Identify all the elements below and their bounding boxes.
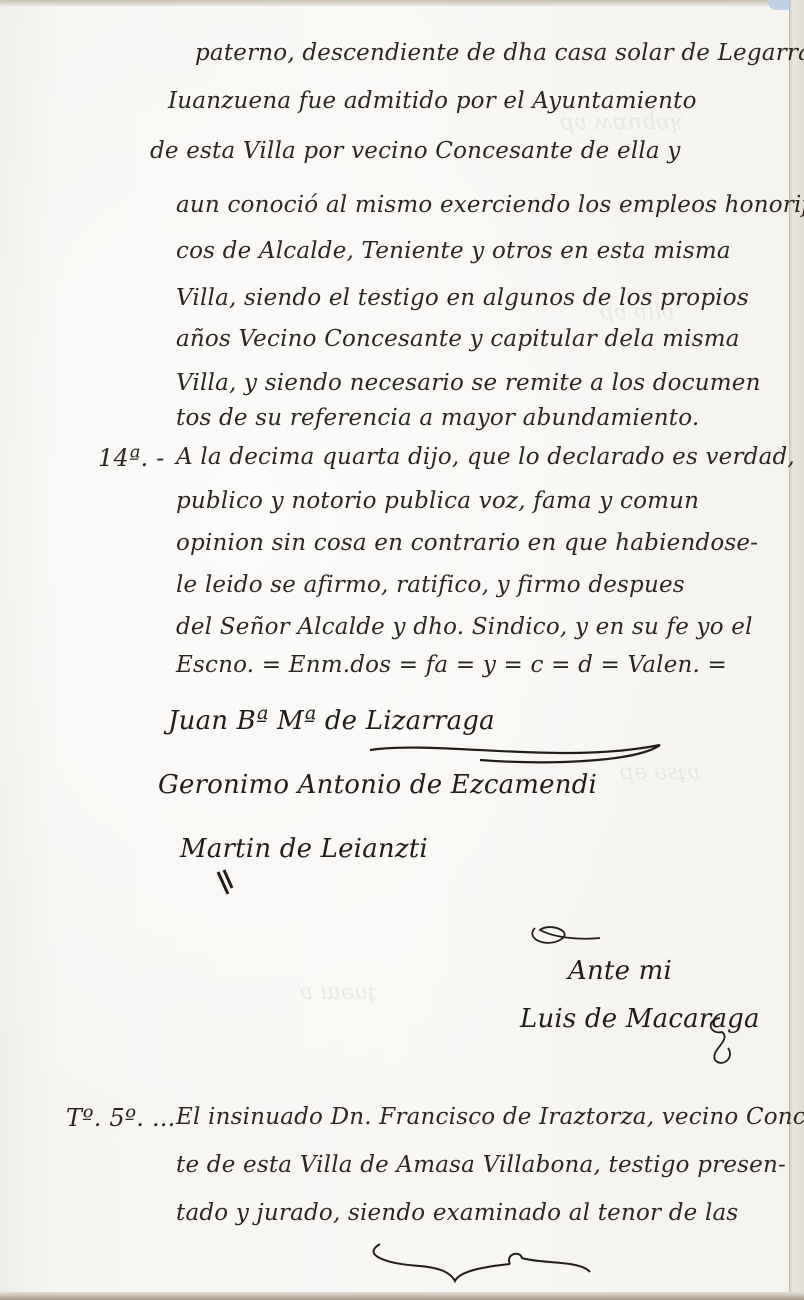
ante-mi-label: Ante mi xyxy=(568,956,672,986)
signature-flourish-icon xyxy=(360,730,680,770)
margin-label-testigo-5: Tº. 5º. ... xyxy=(66,1104,175,1132)
signature-leianzti: Martin de Leianzti xyxy=(180,834,428,864)
text-line: Villa, siendo el testigo en algunos de l… xyxy=(176,285,749,311)
page-bottom-edge xyxy=(0,1292,804,1300)
margin-label-14: 14ª. - xyxy=(98,444,165,472)
text-line: cos de Alcalde, Teniente y otros en esta… xyxy=(176,238,731,264)
closing-flourish-icon xyxy=(360,1236,600,1286)
text-line: de esta Villa por vecino Concesante de e… xyxy=(150,138,681,164)
text-line: publico y notorio publica voz, fama y co… xyxy=(176,488,699,514)
bleed-through-text: ʇuǝɯ ɐ xyxy=(300,980,377,1005)
text-line: Villa, y siendo necesario se remite a lo… xyxy=(176,370,761,396)
text-line: Escno. = Enm.dos = fa = y = c = d = Vale… xyxy=(176,652,727,678)
notary-rubric-icon xyxy=(690,1010,740,1070)
page-top-edge xyxy=(0,0,804,6)
text-line: paterno, descendiente de dha casa solar … xyxy=(195,40,804,66)
text-line: opinion sin cosa en contrario en que hab… xyxy=(176,530,758,556)
text-line: tos de su referencia a mayor abundamient… xyxy=(176,405,699,431)
text-line: Iuanzuena fue admitido por el Ayuntamien… xyxy=(168,88,697,114)
text-line: aun conoció al mismo exerciendo los empl… xyxy=(176,192,804,218)
text-line: El insinuado Dn. Francisco de Iraztorza,… xyxy=(176,1104,804,1130)
signature-ezcamendi: Geronimo Antonio de Ezcamendi xyxy=(158,770,597,800)
text-line: A la decima quarta dijo, que lo declarad… xyxy=(176,444,795,470)
text-line: años Vecino Concesante y capitular dela … xyxy=(176,326,740,352)
text-line: le leido se afirmo, ratifico, y firmo de… xyxy=(176,572,685,598)
rubric-flourish-icon xyxy=(525,920,605,950)
ink-mark-icon xyxy=(210,866,240,906)
manuscript-page: ʞɒbnɒʍ ɐp ɐllɐ ɐp ɐʇsǝ ǝp ʇuǝɯ ɐ paterno… xyxy=(0,0,804,1300)
text-line: te de esta Villa de Amasa Villabona, tes… xyxy=(176,1152,786,1178)
text-line: del Señor Alcalde y dho. Sindico, y en s… xyxy=(176,614,753,640)
text-line: tado y jurado, siendo examinado al tenor… xyxy=(176,1200,738,1226)
